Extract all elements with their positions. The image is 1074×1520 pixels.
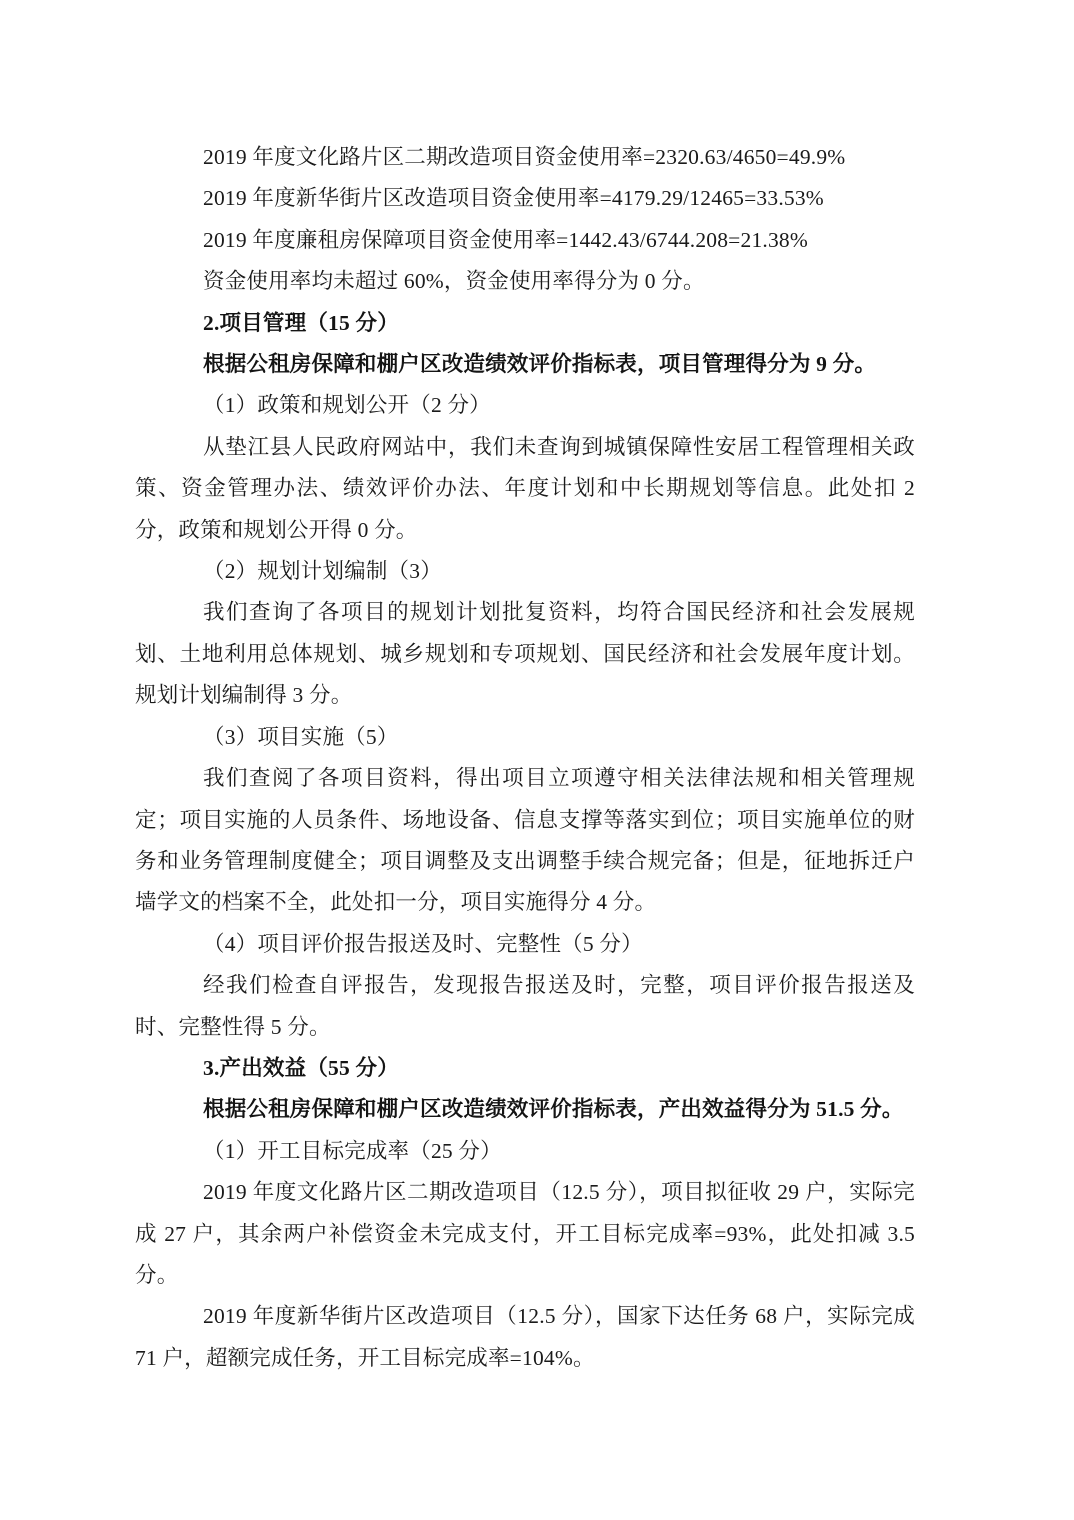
funding-usage-rate-culture-road: 2019 年度文化路片区二期改造项目资金使用率=2320.63/4650=49.… [135,137,915,178]
item-project-implementation: （3）项目实施（5） [135,717,915,758]
document-content: 2019 年度文化路片区二期改造项目资金使用率=2320.63/4650=49.… [135,137,915,1379]
planning-preparation-detail: 我们查询了各项目的规划计划批复资料，均符合国民经济和社会发展规划、土地利用总体规… [135,592,915,716]
policy-and-planning-disclosure-detail: 从垫江县人民政府网站中，我们未查询到城镇保障性安居工程管理相关政策、资金管理办法… [135,427,915,551]
funding-usage-rate-low-rent-housing: 2019 年度廉租房保障项目资金使用率=1442.43/6744.208=21.… [135,220,915,261]
heading-project-management: 2.项目管理（15 分） [135,303,915,344]
construction-start-xinhua-street-detail: 2019 年度新华街片区改造项目（12.5 分），国家下达任务 68 户，实际完… [135,1296,915,1379]
item-policy-and-planning-disclosure: （1）政策和规划公开（2 分） [135,385,915,426]
project-implementation-detail: 我们查阅了各项目资料，得出项目立项遵守相关法律法规和相关管理规定；项目实施的人员… [135,758,915,924]
funding-usage-rate-score: 资金使用率均未超过 60%，资金使用率得分为 0 分。 [135,261,915,302]
evaluation-report-timeliness-detail: 经我们检查自评报告，发现报告报送及时，完整，项目评价报告报送及时、完整性得 5 … [135,965,915,1048]
item-evaluation-report-timeliness: （4）项目评价报告报送及时、完整性（5 分） [135,924,915,965]
output-benefit-score: 根据公租房保障和棚户区改造绩效评价指标表，产出效益得分为 51.5 分。 [135,1089,915,1130]
document-page: 2019 年度文化路片区二期改造项目资金使用率=2320.63/4650=49.… [0,0,1074,1520]
project-management-score: 根据公租房保障和棚户区改造绩效评价指标表，项目管理得分为 9 分。 [135,344,915,385]
funding-usage-rate-xinhua-street: 2019 年度新华街片区改造项目资金使用率=4179.29/12465=33.5… [135,178,915,219]
heading-output-benefit: 3.产出效益（55 分） [135,1048,915,1089]
item-construction-start-target: （1）开工目标完成率（25 分） [135,1131,915,1172]
construction-start-culture-road-detail: 2019 年度文化路片区二期改造项目（12.5 分），项目拟征收 29 户，实际… [135,1172,915,1296]
item-planning-preparation: （2）规划计划编制（3） [135,551,915,592]
